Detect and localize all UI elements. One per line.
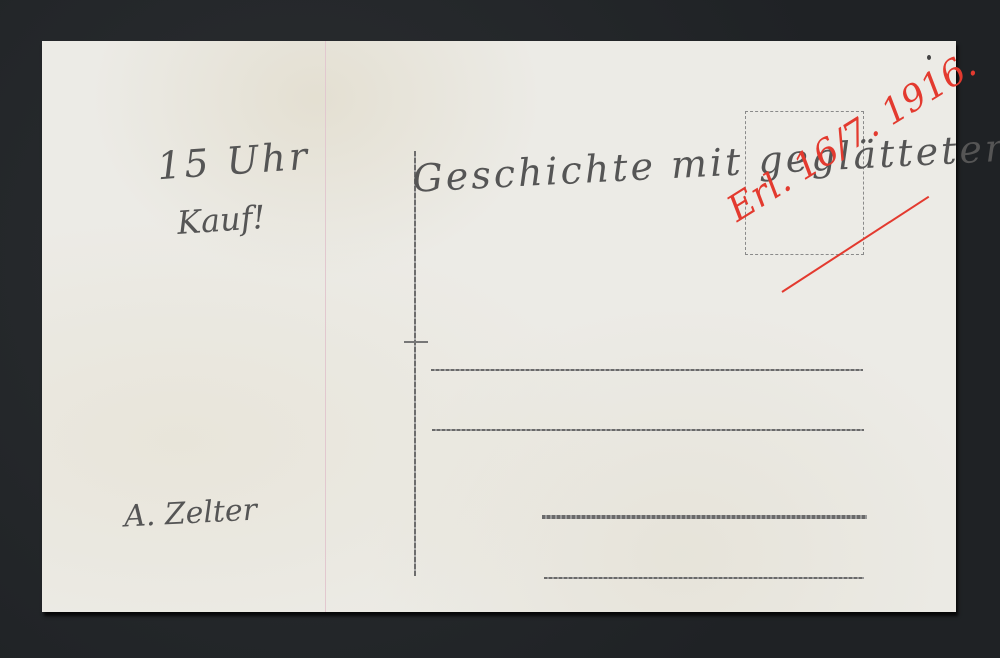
address-line-2 [432, 429, 864, 431]
margin-line [325, 41, 326, 612]
divider-tick [404, 341, 428, 343]
handwriting-line-2: Kauf! [176, 198, 267, 242]
address-line-1 [431, 369, 863, 371]
signature: A. Zelter [123, 493, 258, 535]
address-line-3 [542, 515, 867, 519]
postcard: 15 Uhr Geschichte mit geglätteten Kauf! … [42, 41, 956, 612]
center-divider-line [414, 151, 416, 576]
address-line-4 [544, 577, 864, 579]
paper-spot [927, 55, 931, 60]
